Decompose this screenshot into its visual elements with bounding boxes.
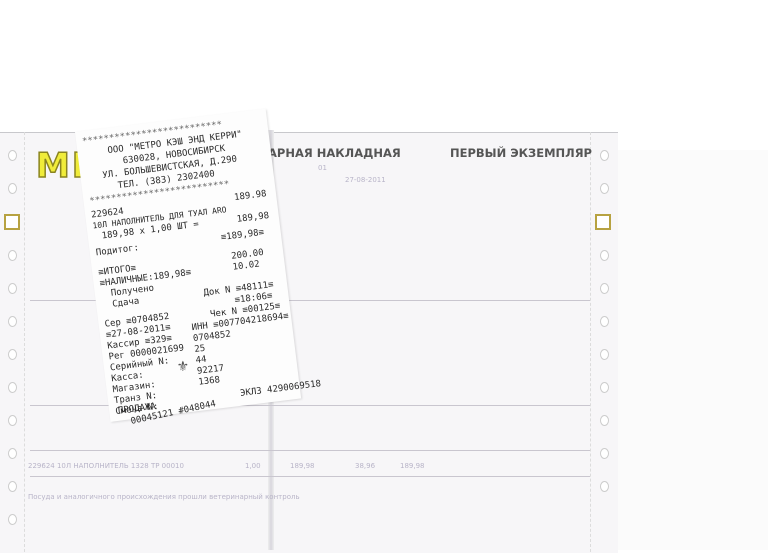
perforation-hole-icon [8,382,17,393]
perforation-hole-icon [600,316,609,327]
perforation-hole-icon [600,448,609,459]
shift-value: 1368 [198,375,221,388]
registration-mark-icon [595,214,611,230]
perforation-hole-icon [8,283,17,294]
item-price: 189.98 [234,189,267,203]
perforation-hole-icon [600,183,609,194]
perforation-hole-icon [600,415,609,426]
subtotal-label: Подитог: [95,243,139,258]
perforation-hole-icon [8,349,17,360]
trans-value: 92217 [197,364,225,377]
perforation-hole-icon [8,150,17,161]
form-code: 01 [318,164,327,172]
perforation-hole-icon [600,481,609,492]
received-value: 200.00 [231,248,264,262]
registration-mark-icon [4,214,20,230]
kassa-value: 25 [194,344,206,355]
perforation-hole-icon [8,183,17,194]
waybill-item-total: 189,98 [400,462,425,470]
waybill-item-line: 229624 10Л НАПОЛНИТЕЛЬ 1328 ТР 00010 [28,462,184,470]
perforation-hole-icon [8,316,17,327]
waybill-page-right [618,150,768,550]
cash-receipt: ************************** ООО "МЕТРО КЭ… [75,109,301,422]
perforation-hole-icon [600,150,609,161]
divider [30,476,590,477]
item-total: 189,98 [236,211,269,225]
perforation-hole-icon [600,382,609,393]
waybill-footer-note: Посуда и аналогичного происхождения прош… [28,493,300,501]
perforation-hole-icon [600,250,609,261]
change-label: Сдача [112,296,140,309]
subtotal-value: ≡189,98≡ [220,228,264,243]
perforation-hole-icon [600,349,609,360]
perforation-hole-icon [600,283,609,294]
waybill-date: 27-08-2011 [345,176,386,184]
perforation-hole-icon [8,415,17,426]
perforation-hole-icon [8,481,17,492]
change-value: 10.02 [232,260,260,273]
waybill-item-price: 189,98 [290,462,315,470]
copy-label: ПЕРВЫЙ ЭКЗЕМПЛЯР [450,146,592,160]
perforation-hole-icon [8,448,17,459]
waybill-title: АРНАЯ НАКЛАДНАЯ [268,146,401,160]
waybill-item-qty: 1,00 [245,462,261,470]
waybill-item-vat: 38,96 [355,462,375,470]
perforation-hole-icon [8,514,17,525]
divider [30,450,590,451]
shop-value: 44 [195,355,207,366]
fiscal-emblem-icon: ⚜ [178,356,188,375]
perforation-hole-icon [8,250,17,261]
